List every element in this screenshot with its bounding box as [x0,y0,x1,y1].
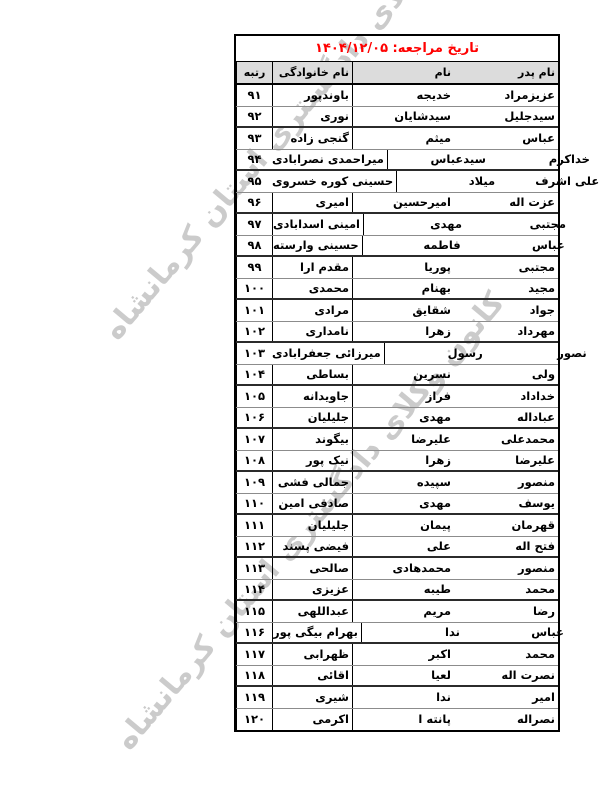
rank-cell: ۹۶ [236,193,272,213]
father-name-cell: نصراله [454,709,558,731]
family-name-cell: امینی اسدابادی [272,214,363,235]
table-row: ۱۱۲فیضی پسندعلیفتح اله [236,537,558,559]
family-name-cell: مقدم ارا [272,257,352,278]
table-body: ۹۱باوندپورخدیجهعزیزمراد۹۲نوریسیدشایانسید… [236,85,558,730]
ranking-table: تاریخ مراجعه: ۱۴۰۴/۱۲/۰۵ رتبه نام خانواد… [234,34,560,732]
rank-cell: ۹۲ [236,107,272,127]
table-row: ۹۳گنجی زادهمیثمعباس [236,128,558,150]
family-name-cell: حسینی کوره خسروی [272,171,396,192]
table-row: ۱۰۷بیگوندعلیرضامحمدعلی [236,429,558,451]
father-name-cell: محمد [454,580,558,600]
rank-cell: ۱۱۸ [236,666,272,686]
table-row: ۱۱۰صادقی امینمهدییوسف [236,494,558,516]
father-name-cell: امیر [454,687,558,708]
first-name-cell: پیمان [352,515,454,536]
father-name-cell: مهرداد [454,322,558,342]
table-row: ۱۰۲نامداریزهرامهرداد [236,322,558,344]
father-name-cell: خداداد [454,386,558,407]
father-name-cell: ولی [454,365,558,385]
father-name-cell: عزت اله [454,193,558,213]
father-name-cell: عباس [454,128,558,149]
page: { "title": { "text": "تاریخ مراجعه: ۱۴۰۴… [0,0,612,792]
table-row: ۱۰۵جاویدانهفرازخداداد [236,386,558,408]
father-name-cell: یوسف [454,494,558,514]
rank-cell: ۱۱۶ [236,623,272,643]
rank-cell: ۹۵ [236,171,272,192]
father-name-cell: نصرت اله [454,666,558,686]
father-name-cell: عباس [463,623,567,643]
father-name-cell: قهرمان [454,515,558,536]
father-name-cell: محمد [454,644,558,665]
table-row: ۹۹مقدم اراپوریامجتبی [236,257,558,279]
first-name-cell: لعیا [352,666,454,686]
first-name-cell: بهنام [352,279,454,299]
family-name-cell: بساطی [272,365,352,385]
first-name-cell: علی [352,537,454,557]
first-name-cell: علیرضا [352,429,454,450]
family-name-cell: نوری [272,107,352,127]
family-name-cell: عبداللهی [272,601,352,622]
table-header-row: رتبه نام خانوادگی نام نام پدر [236,62,558,85]
rank-cell: ۹۹ [236,257,272,278]
first-name-cell: مریم [352,601,454,622]
table-row: ۱۰۴بساطینسرینولی [236,365,558,387]
first-name-cell: زهرا [352,322,454,342]
father-name-cell: علی اشرف [498,171,602,192]
family-name-cell: محمدی [272,279,352,299]
rank-cell: ۱۱۹ [236,687,272,708]
first-name-cell: ندا [361,623,463,643]
header-family-name: نام خانوادگی [272,62,352,83]
family-name-cell: صالحی [272,558,352,579]
first-name-cell: سیدشایان [352,107,454,127]
table-row: ۱۰۶جلیلیانمهدیعباداله [236,408,558,430]
rank-cell: ۱۱۱ [236,515,272,536]
father-name-cell: منصور [454,472,558,493]
rank-cell: ۱۱۵ [236,601,272,622]
rank-cell: ۹۳ [236,128,272,149]
father-name-cell: نصور [486,343,590,364]
first-name-cell: ندا [352,687,454,708]
first-name-cell: مهدی [363,214,465,235]
first-name-cell: میثم [352,128,454,149]
family-name-cell: جمالی فشی [272,472,352,493]
table-row: ۹۲نوریسیدشایانسیدجلیل [236,107,558,129]
family-name-cell: اقائی [272,666,352,686]
father-name-cell: عباس [464,236,568,256]
table-row: ۱۱۹شیرینداامیر [236,687,558,709]
table-row: ۹۸حسینی وارستهفاطمهعباس [236,236,558,258]
family-name-cell: اکرمی [272,709,352,731]
table-row: ۱۲۰اکرمیپانته انصراله [236,709,558,731]
table-row: ۱۰۹جمالی فشیسپیدهمنصور [236,472,558,494]
header-first-name: نام [352,62,454,83]
family-name-cell: باوندپور [272,85,352,106]
table-row: ۹۴میراحمدی نصرابادیسیدعباسخداکرم [236,150,558,172]
first-name-cell: میلاد [396,171,498,192]
table-row: ۱۰۳میرزائی جعفرابادیرسولنصور [236,343,558,365]
first-name-cell: امیرحسین [352,193,454,213]
table-row: ۱۱۷ظهرابیاکبرمحمد [236,644,558,666]
family-name-cell: ظهرابی [272,644,352,665]
rank-cell: ۱۰۶ [236,408,272,428]
first-name-cell: محمدهادی [352,558,454,579]
family-name-cell: نامداری [272,322,352,342]
rank-cell: ۱۱۰ [236,494,272,514]
table-row: ۱۱۶بهرام بیگی پورنداعباس [236,623,558,645]
first-name-cell: سیدعباس [387,150,489,170]
first-name-cell: سپیده [352,472,454,493]
table-row: ۱۱۴عزیزیطیبهمحمد [236,580,558,602]
father-name-cell: منصور [454,558,558,579]
table-row: ۱۱۳صالحیمحمدهادیمنصور [236,558,558,580]
family-name-cell: امیری [272,193,352,213]
table-row: ۱۱۸اقائیلعیانصرت اله [236,666,558,688]
family-name-cell: صادقی امین [272,494,352,514]
date-title-bar: تاریخ مراجعه: ۱۴۰۴/۱۲/۰۵ [236,36,558,62]
rank-cell: ۱۱۷ [236,644,272,665]
first-name-cell: مهدی [352,408,454,428]
table-row: ۹۵حسینی کوره خسرویمیلادعلی اشرف [236,171,558,193]
rank-cell: ۱۰۲ [236,322,272,342]
first-name-cell: طیبه [352,580,454,600]
header-rank: رتبه [236,62,272,83]
rank-cell: ۱۱۳ [236,558,272,579]
father-name-cell: عزیزمراد [454,85,558,106]
rank-cell: ۹۸ [236,236,272,256]
family-name-cell: نیک پور [272,451,352,471]
first-name-cell: خدیجه [352,85,454,106]
family-name-cell: میرزائی جعفرابادی [272,343,384,364]
family-name-cell: بیگوند [272,429,352,450]
family-name-cell: حسینی وارسته [272,236,362,256]
family-name-cell: مرادی [272,300,352,321]
father-name-cell: خداکرم [489,150,593,170]
first-name-cell: رسول [384,343,486,364]
father-name-cell: جواد [454,300,558,321]
rank-cell: ۱۱۴ [236,580,272,600]
family-name-cell: جلیلیان [272,515,352,536]
rank-cell: ۹۷ [236,214,272,235]
rank-cell: ۱۰۷ [236,429,272,450]
family-name-cell: فیضی پسند [272,537,352,557]
rank-cell: ۱۰۰ [236,279,272,299]
rank-cell: ۹۴ [236,150,272,170]
visit-date-title: تاریخ مراجعه: ۱۴۰۴/۱۲/۰۵ [315,42,479,55]
rank-cell: ۹۱ [236,85,272,106]
table-row: ۱۰۸نیک پورزهراعلیرضا [236,451,558,473]
first-name-cell: نسرین [352,365,454,385]
father-name-cell: فتح اله [454,537,558,557]
first-name-cell: اکبر [352,644,454,665]
father-name-cell: مجید [454,279,558,299]
table-row: ۹۱باوندپورخدیجهعزیزمراد [236,85,558,107]
rank-cell: ۱۰۵ [236,386,272,407]
rank-cell: ۱۰۴ [236,365,272,385]
family-name-cell: شیری [272,687,352,708]
family-name-cell: گنجی زاده [272,128,352,149]
father-name-cell: عباداله [454,408,558,428]
table-row: ۱۱۵عبداللهیمریمرضا [236,601,558,623]
rank-cell: ۱۱۲ [236,537,272,557]
family-name-cell: بهرام بیگی پور [272,623,361,643]
first-name-cell: پانته ا [352,709,454,731]
table-row: ۹۷امینی اسدابادیمهدیمجتبی [236,214,558,236]
rank-cell: ۱۰۱ [236,300,272,321]
table-row: ۱۰۱مرادیشقایقجواد [236,300,558,322]
rank-cell: ۱۰۳ [236,343,272,364]
father-name-cell: علیرضا [454,451,558,471]
header-father-name: نام پدر [454,62,558,83]
family-name-cell: جلیلیان [272,408,352,428]
father-name-cell: رضا [454,601,558,622]
father-name-cell: سیدجلیل [454,107,558,127]
rank-cell: ۱۲۰ [236,709,272,731]
first-name-cell: زهرا [352,451,454,471]
table-row: ۱۱۱جلیلیانپیمانقهرمان [236,515,558,537]
rank-cell: ۱۰۹ [236,472,272,493]
father-name-cell: محمدعلی [454,429,558,450]
family-name-cell: عزیزی [272,580,352,600]
family-name-cell: میراحمدی نصرابادی [272,150,387,170]
first-name-cell: فاطمه [362,236,464,256]
father-name-cell: مجتبی [465,214,569,235]
table-row: ۱۰۰محمدیبهناممجید [236,279,558,301]
table-row: ۹۶امیریامیرحسینعزت اله [236,193,558,215]
first-name-cell: پوریا [352,257,454,278]
first-name-cell: مهدی [352,494,454,514]
rank-cell: ۱۰۸ [236,451,272,471]
first-name-cell: شقایق [352,300,454,321]
family-name-cell: جاویدانه [272,386,352,407]
first-name-cell: فراز [352,386,454,407]
father-name-cell: مجتبی [454,257,558,278]
